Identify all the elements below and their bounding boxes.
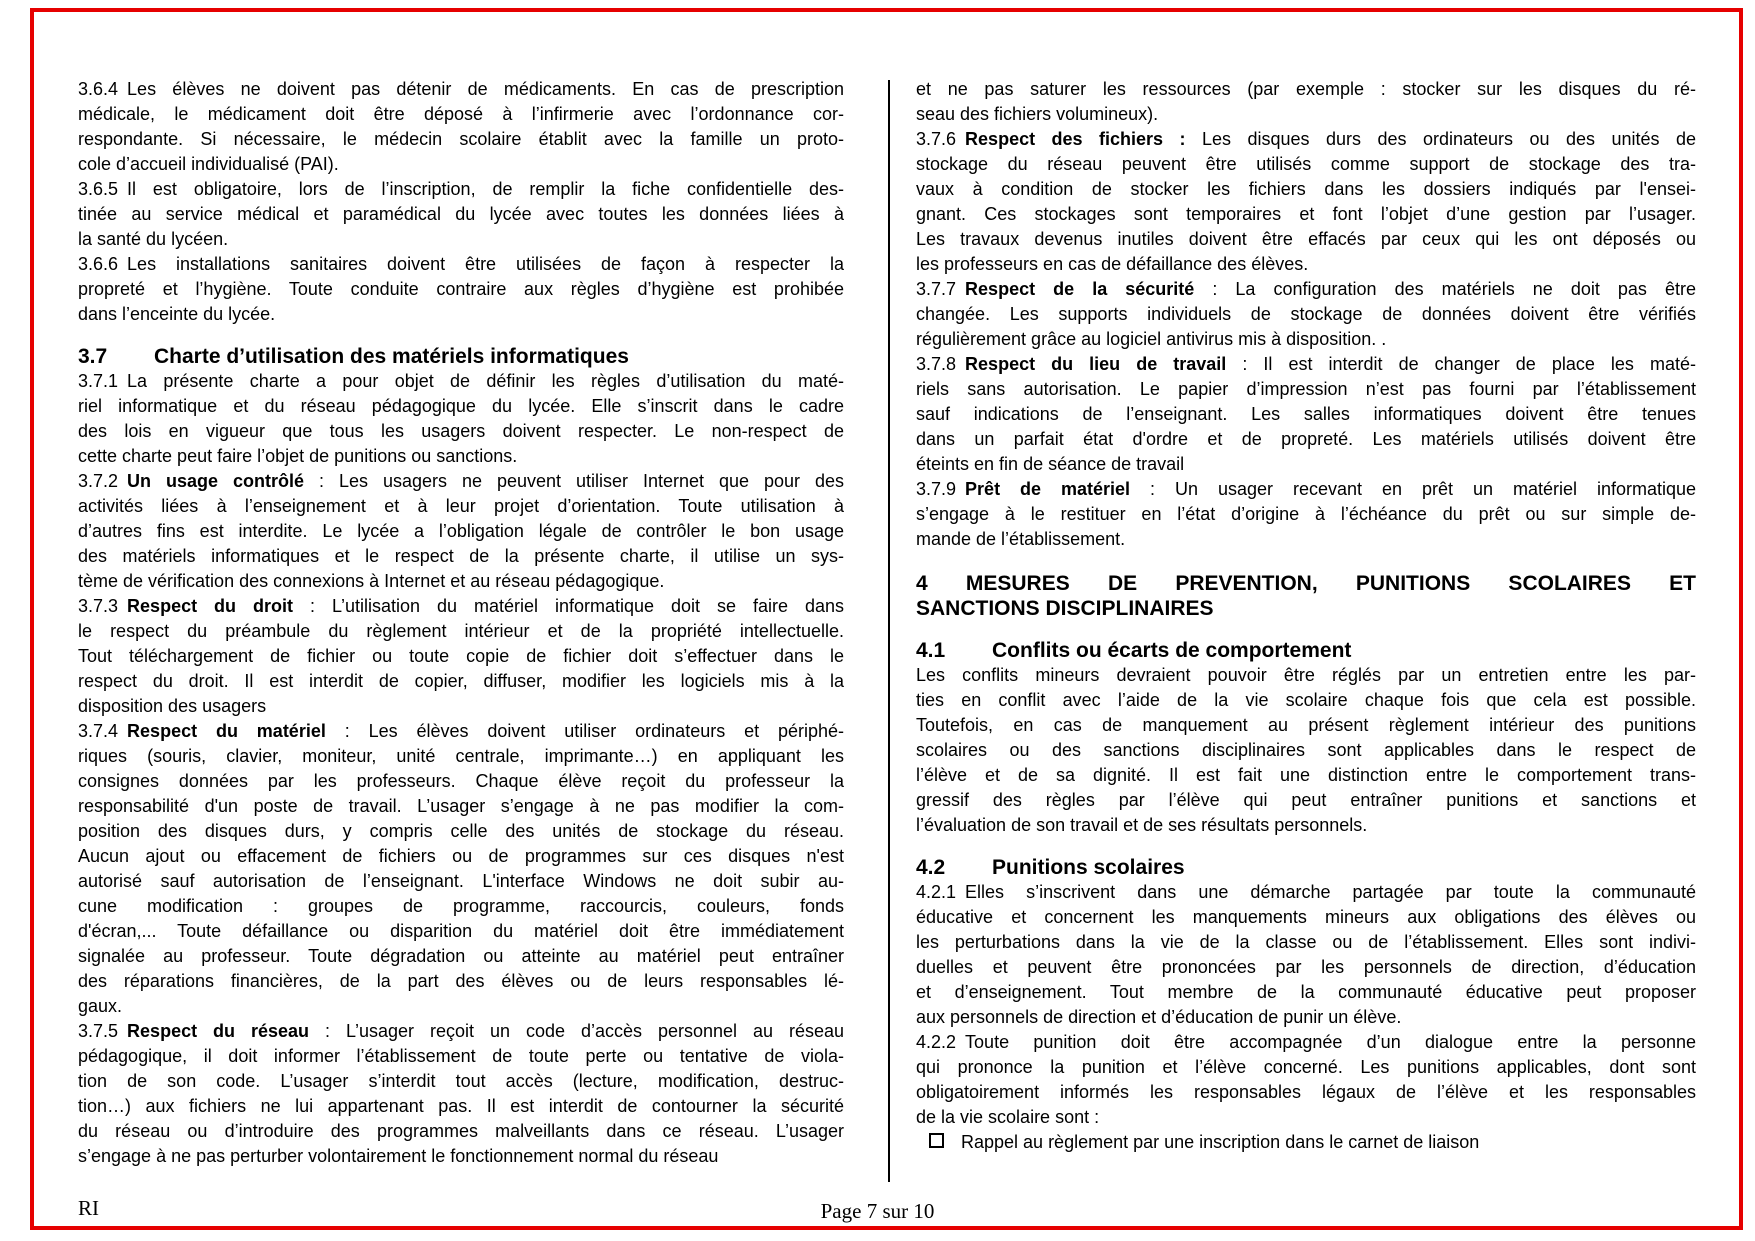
footer-page-number: Page 7 sur 10 xyxy=(0,1199,1755,1224)
text-line: cette charte peut faire l’objet de punit… xyxy=(78,444,844,469)
text-line: s’engage à le restituer en l’état d’orig… xyxy=(916,502,1696,527)
paragraph: Les conflits mineurs devraient pouvoir ê… xyxy=(916,663,1696,838)
text-line: sauf indications de l’enseignant. Les sa… xyxy=(916,402,1696,427)
paragraph: 3.7.8Respect du lieu de travail : Il est… xyxy=(916,352,1696,477)
text-line: et d’enseignement. Tout membre de la com… xyxy=(916,980,1696,1005)
text-line: signalée au professeur. Toute dégradatio… xyxy=(78,944,844,969)
text-line: tème de vérification des connexions à In… xyxy=(78,569,844,594)
column-divider xyxy=(888,80,890,1182)
text-line: gaux. xyxy=(78,994,844,1019)
text-line: 4 MESURES DE PREVENTION, PUNITIONS SCOLA… xyxy=(916,571,1696,596)
section-heading: 4.2Punitions scolaires xyxy=(916,855,1696,880)
text-line: 3.7.1La présente charte a pour objet de … xyxy=(78,369,844,394)
text-line: riel informatique et du réseau pédagogiq… xyxy=(78,394,844,419)
text-line: riques (souris, clavier, moniteur, unité… xyxy=(78,744,844,769)
text-line: stockage du réseau peuvent être utilisés… xyxy=(916,152,1696,177)
text-line: gressif des règles par l’élève qui peut … xyxy=(916,788,1696,813)
text-line: ties en conflit avec l’aide de la vie sc… xyxy=(916,688,1696,713)
text-line: autorisé sauf autorisation de l’enseigna… xyxy=(78,869,844,894)
text-line: Toutefois, en cas de manquement au prése… xyxy=(916,713,1696,738)
text-line: de la vie scolaire sont : xyxy=(916,1105,1696,1130)
text-line: Tout téléchargement de fichier ou toute … xyxy=(78,644,844,669)
text-line: changée. Les supports individuels de sto… xyxy=(916,302,1696,327)
section-heading: 3.7Charte d’utilisation des matériels in… xyxy=(78,344,844,369)
text-line: éducative et concernent les manquements … xyxy=(916,905,1696,930)
text-line: les professeurs en cas de défaillance de… xyxy=(916,252,1696,277)
text-line: d'écran,... Toute défaillance ou dispari… xyxy=(78,919,844,944)
paragraph: 4.2.1Elles s’inscrivent dans une démarch… xyxy=(916,880,1696,1030)
text-line: obligatoirement informés les responsable… xyxy=(916,1080,1696,1105)
text-line: consignes données par les professeurs. C… xyxy=(78,769,844,794)
text-line: tinée au service médical et paramédical … xyxy=(78,202,844,227)
paragraph: 3.7.6Respect des fichiers : Les disques … xyxy=(916,127,1696,277)
text-line: gnant. Ces stockages sont temporaires et… xyxy=(916,202,1696,227)
text-line: mande de l’établissement. xyxy=(916,527,1696,552)
text-line: 3.7.8Respect du lieu de travail : Il est… xyxy=(916,352,1696,377)
text-line: 3.7.3Respect du droit : L’utilisation du… xyxy=(78,594,844,619)
text-line: activités liées à l’enseignement et à le… xyxy=(78,494,844,519)
text-line: respondante. Si nécessaire, le médecin s… xyxy=(78,127,844,152)
text-line: vaux à condition de stocker les fichiers… xyxy=(916,177,1696,202)
text-line: 4.2.2Toute punition doit être accompagné… xyxy=(916,1030,1696,1055)
text-line: SANCTIONS DISCIPLINAIRES xyxy=(916,596,1696,621)
text-line: Aucun ajout ou effacement de fichiers ou… xyxy=(78,844,844,869)
text-line: tion…) aux fichiers ne lui appartenant p… xyxy=(78,1094,844,1119)
bullet-item: Rappel au règlement par une inscription … xyxy=(916,1130,1696,1155)
text-line: duelles et peuvent être prononcées par l… xyxy=(916,955,1696,980)
text-line: l’élève et de sa dignité. Il est fait un… xyxy=(916,763,1696,788)
text-line: 3.7Charte d’utilisation des matériels in… xyxy=(78,344,844,369)
chapter-heading: 4 MESURES DE PREVENTION, PUNITIONS SCOLA… xyxy=(916,571,1696,621)
section-heading: 4.1Conflits ou écarts de comportement xyxy=(916,638,1696,663)
text-line: responsabilité d'un poste de travail. L’… xyxy=(78,794,844,819)
text-line: les perturbations dans la vie de la clas… xyxy=(916,930,1696,955)
text-line: cune modification : groupes de programme… xyxy=(78,894,844,919)
text-line: régulièrement grâce au logiciel antiviru… xyxy=(916,327,1696,352)
text-line: Les travaux devenus inutiles doivent êtr… xyxy=(916,227,1696,252)
text-line: et ne pas saturer les ressources (par ex… xyxy=(916,77,1696,102)
column-right: et ne pas saturer les ressources (par ex… xyxy=(916,77,1696,1155)
text-line: du réseau ou d’introduire des programmes… xyxy=(78,1119,844,1144)
text-line: s’engage à ne pas perturber volontaireme… xyxy=(78,1144,844,1169)
text-line: cole d’accueil individualisé (PAI). xyxy=(78,152,844,177)
checkbox-bullet-icon xyxy=(929,1133,944,1148)
text-line: seau des fichiers volumineux). xyxy=(916,102,1696,127)
text-line: l’évaluation de son travail et de ses ré… xyxy=(916,813,1696,838)
paragraph: 3.7.1La présente charte a pour objet de … xyxy=(78,369,844,469)
text-line: Les conflits mineurs devraient pouvoir ê… xyxy=(916,663,1696,688)
paragraph: 3.6.6Les installations sanitaires doiven… xyxy=(78,252,844,327)
text-line: aux personnels de direction et d’éducati… xyxy=(916,1005,1696,1030)
text-line: 4.2Punitions scolaires xyxy=(916,855,1696,880)
text-line: Rappel au règlement par une inscription … xyxy=(916,1130,1696,1155)
text-line: des réparations financières, de la part … xyxy=(78,969,844,994)
text-line: disposition des usagers xyxy=(78,694,844,719)
text-line: des matériels informatiques et le respec… xyxy=(78,544,844,569)
text-line: 3.7.5Respect du réseau : L’usager reçoit… xyxy=(78,1019,844,1044)
text-line: la santé du lycéen. xyxy=(78,227,844,252)
paragraph: 3.7.4Respect du matériel : Les élèves do… xyxy=(78,719,844,1019)
text-line: dans l’enceinte du lycée. xyxy=(78,302,844,327)
text-line: scolaires ou des sanctions disciplinaire… xyxy=(916,738,1696,763)
text-line: qui prononce la punition et l’élève conc… xyxy=(916,1055,1696,1080)
paragraph: 3.7.7Respect de la sécurité : La configu… xyxy=(916,277,1696,352)
text-line: 3.7.9Prêt de matériel : Un usager receva… xyxy=(916,477,1696,502)
paragraph: 3.7.5Respect du réseau : L’usager reçoit… xyxy=(78,1019,844,1169)
text-line: 4.1Conflits ou écarts de comportement xyxy=(916,638,1696,663)
document-page: 3.6.4Les élèves ne doivent pas détenir d… xyxy=(0,0,1755,1241)
paragraph: 3.7.9Prêt de matériel : Un usager receva… xyxy=(916,477,1696,552)
text-line: le respect du préambule du règlement int… xyxy=(78,619,844,644)
text-line: dans un parfait état d'ordre et de propr… xyxy=(916,427,1696,452)
column-left: 3.6.4Les élèves ne doivent pas détenir d… xyxy=(78,77,844,1169)
text-line: médicale, le médicament doit être déposé… xyxy=(78,102,844,127)
text-line: d’autres fins est interdite. Le lycée a … xyxy=(78,519,844,544)
text-line: propreté et l’hygiène. Toute conduite co… xyxy=(78,277,844,302)
text-line: respect du droit. Il est interdit de cop… xyxy=(78,669,844,694)
text-line: tion de son code. L’usager s’interdit to… xyxy=(78,1069,844,1094)
text-line: position des disques durs, y compris cel… xyxy=(78,819,844,844)
text-line: 3.7.4Respect du matériel : Les élèves do… xyxy=(78,719,844,744)
text-line: 3.7.7Respect de la sécurité : La configu… xyxy=(916,277,1696,302)
text-line: riels sans autorisation. Le papier d’imp… xyxy=(916,377,1696,402)
text-line: 4.2.1Elles s’inscrivent dans une démarch… xyxy=(916,880,1696,905)
paragraph: 3.7.3Respect du droit : L’utilisation du… xyxy=(78,594,844,719)
text-line: des lois en vigueur que tous les usagers… xyxy=(78,419,844,444)
text-line: éteints en fin de séance de travail xyxy=(916,452,1696,477)
paragraph: 3.7.2Un usage contrôlé : Les usagers ne … xyxy=(78,469,844,594)
text-line: pédagogique, il doit informer l’établiss… xyxy=(78,1044,844,1069)
text-line: 3.6.6Les installations sanitaires doiven… xyxy=(78,252,844,277)
paragraph: 3.6.4Les élèves ne doivent pas détenir d… xyxy=(78,77,844,177)
paragraph: 3.6.5Il est obligatoire, lors de l’inscr… xyxy=(78,177,844,252)
text-line: 3.6.4Les élèves ne doivent pas détenir d… xyxy=(78,77,844,102)
paragraph: 4.2.2Toute punition doit être accompagné… xyxy=(916,1030,1696,1130)
paragraph: et ne pas saturer les ressources (par ex… xyxy=(916,77,1696,127)
text-line: 3.7.6Respect des fichiers : Les disques … xyxy=(916,127,1696,152)
text-line: 3.7.2Un usage contrôlé : Les usagers ne … xyxy=(78,469,844,494)
text-line: 3.6.5Il est obligatoire, lors de l’inscr… xyxy=(78,177,844,202)
